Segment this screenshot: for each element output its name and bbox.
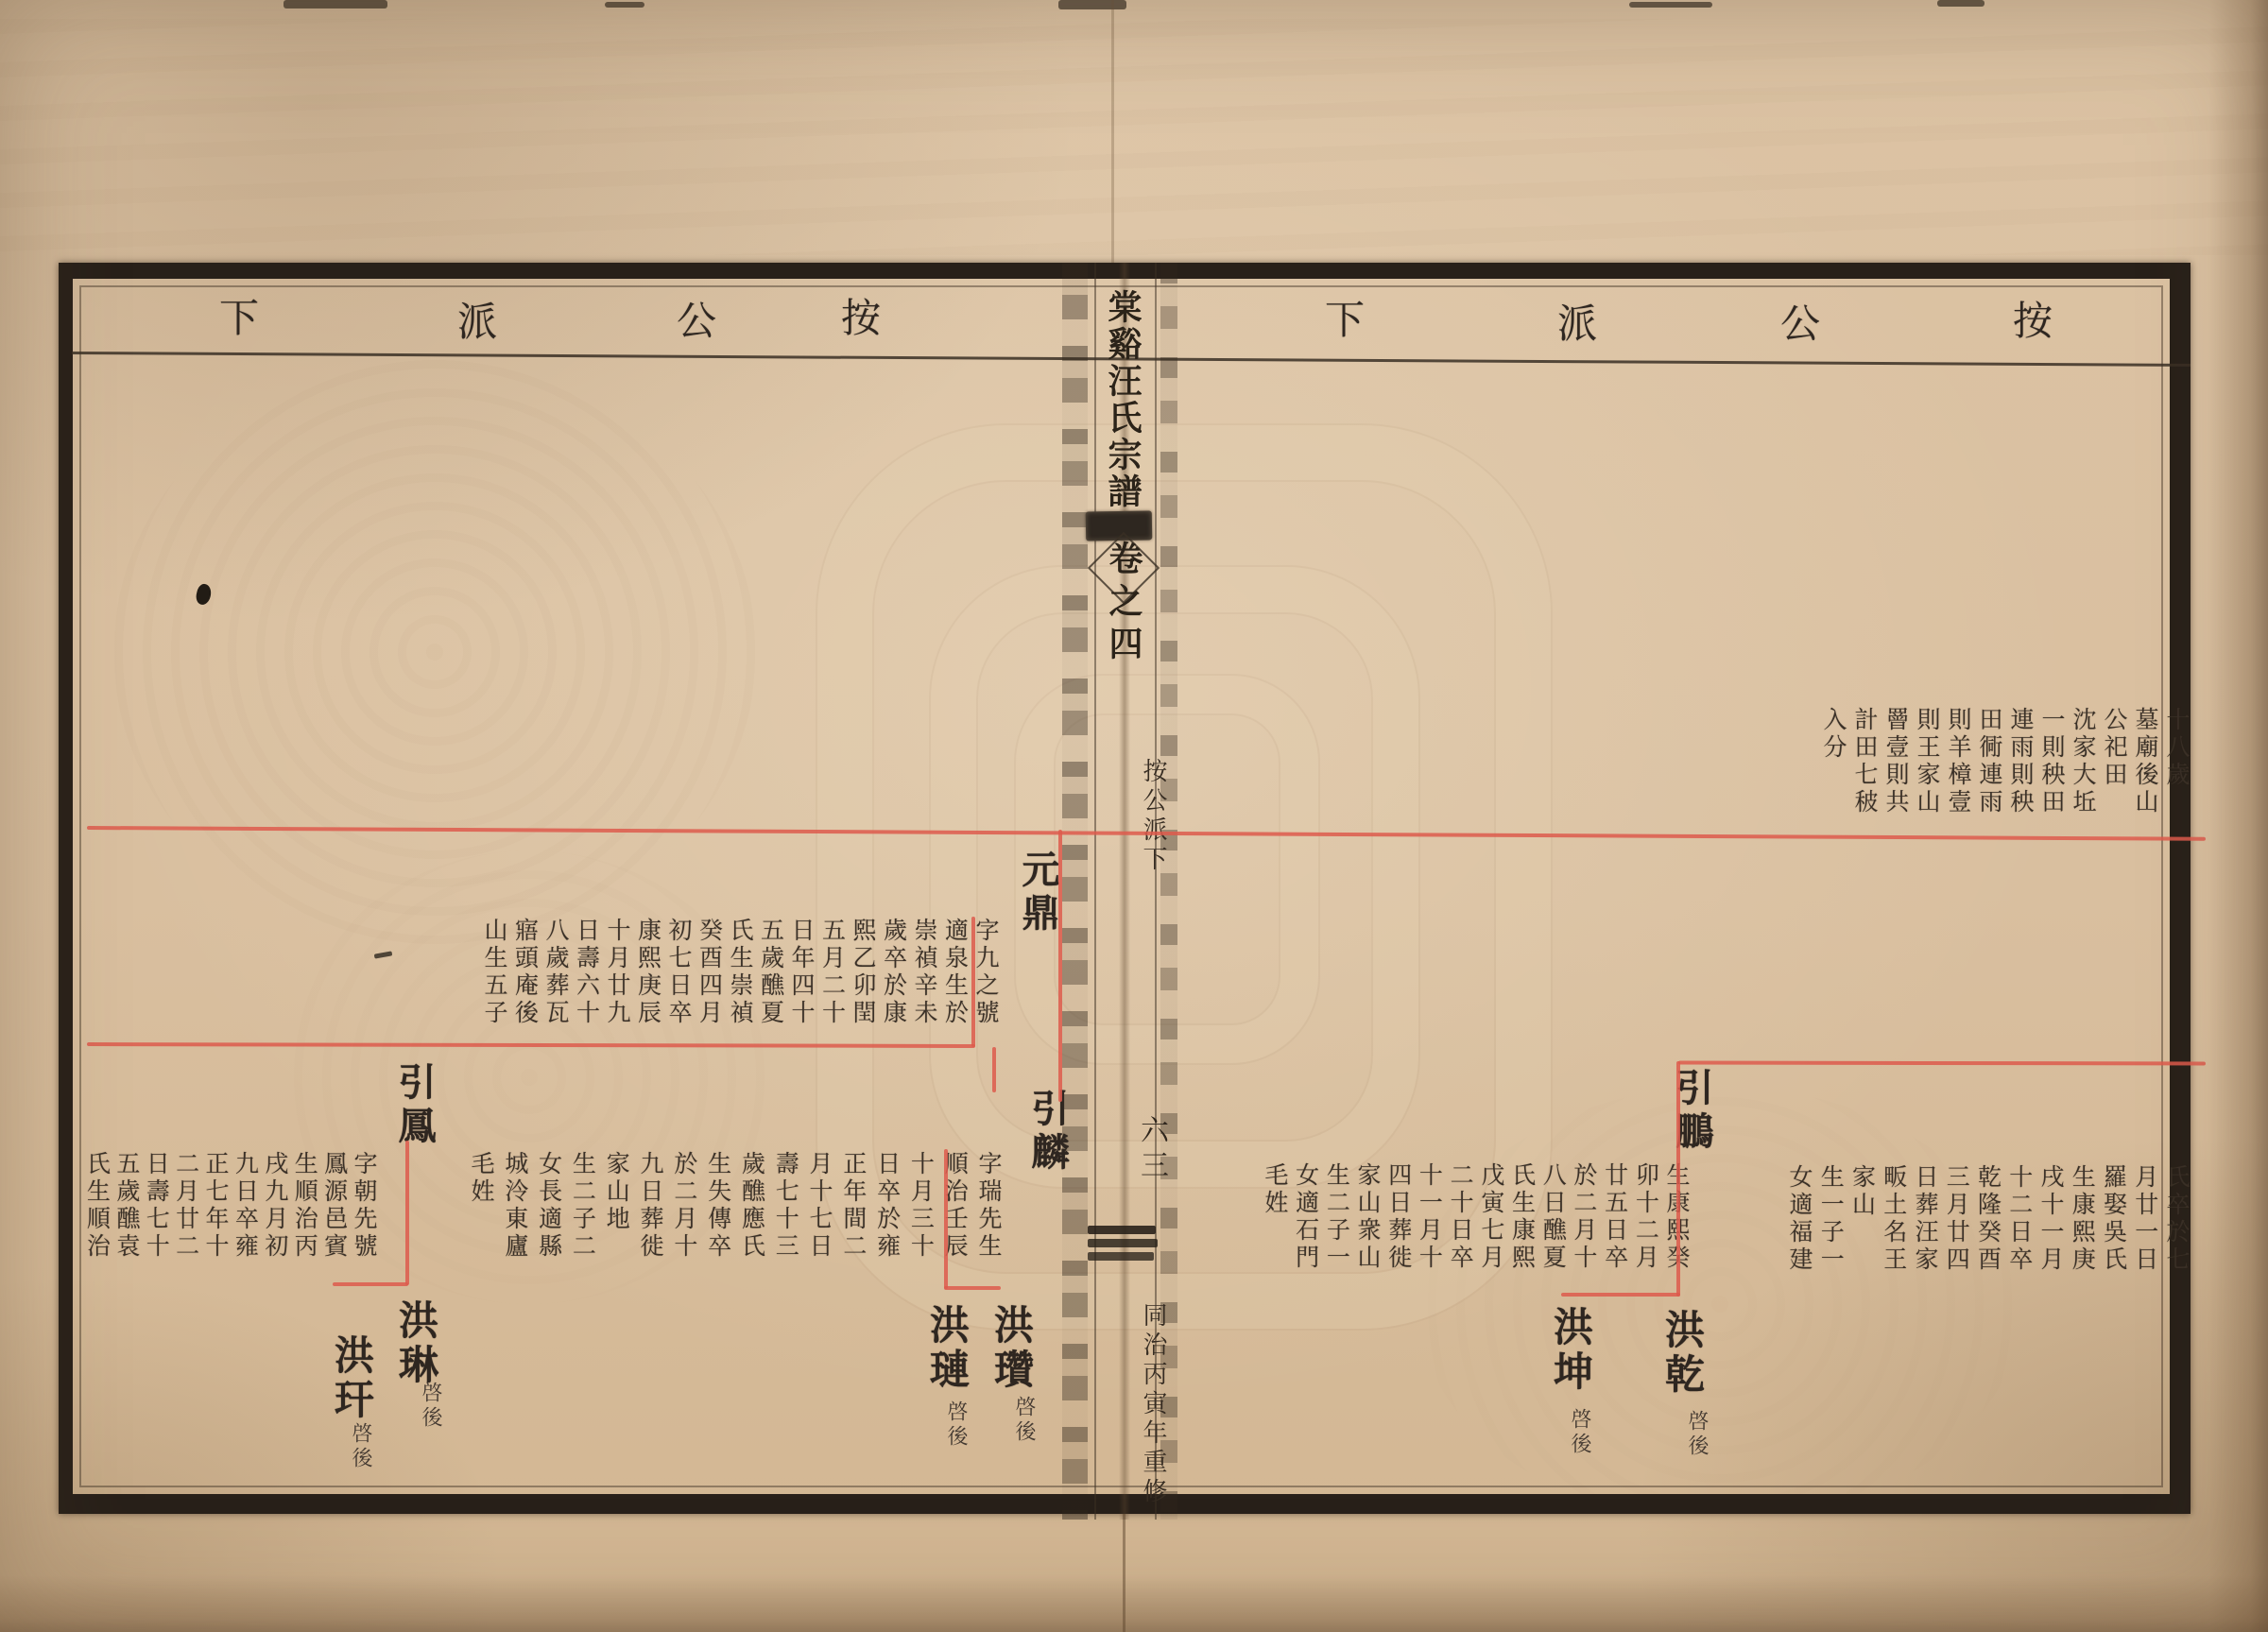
note-column: 女適福建 <box>1785 1164 1813 1274</box>
note-column: 日壽七十 <box>142 1151 170 1261</box>
entry-name: 引鳳 <box>387 1062 441 1149</box>
note-column: 女適石門 <box>1292 1162 1320 1272</box>
descendant-tag: 啓後 <box>1682 1410 1711 1459</box>
note-column: 月十七日 <box>805 1151 833 1261</box>
note-column: 五月二十 <box>818 918 847 1027</box>
note-column: 城泠東廬 <box>501 1151 529 1261</box>
note-column: 戊寅七月 <box>1477 1162 1505 1272</box>
header-char: 派 <box>1546 302 1603 342</box>
descendant-tag: 啓後 <box>346 1422 375 1471</box>
note-column: 癸酉四月 <box>696 918 724 1027</box>
entry-name: 引麟 <box>1021 1089 1074 1176</box>
note-column: 毛姓 <box>1261 1162 1289 1217</box>
spine-section-label: 按公派下 <box>1136 758 1171 875</box>
note-column: 生順治丙 <box>290 1151 318 1261</box>
header-char: 按 <box>2002 300 2058 339</box>
entry-note-block: 字九之號適泉生於崇禎辛未歲卒於康熙乙卯閏五月二十日年四十五歲醮夏氏生崇禎癸酉四月… <box>450 918 1000 1050</box>
note-column: 康熙庚辰 <box>634 918 662 1027</box>
spine-edition-note: 同治丙寅年重修 <box>1136 1302 1171 1507</box>
scan-speck <box>1058 0 1126 9</box>
note-column: 十月廿九 <box>603 918 631 1027</box>
note-column: 十一月十 <box>1415 1162 1443 1272</box>
entry-note-block: 字朝先號鳳源邑賓生順治丙戌九月初九日卒雍正七年十二月廿二日壽七十五歲醮袁氏生順治 <box>53 1151 378 1283</box>
note-column: 五歲醮袁 <box>112 1151 141 1261</box>
note-column: 適泉生於 <box>941 918 970 1027</box>
spine-volume-label: 卷之四 <box>1100 541 1148 668</box>
header-char: 下 <box>208 297 265 336</box>
descendant-tag: 啓後 <box>941 1400 971 1450</box>
scanned-genealogy-spread: 棠谿汪氏宗譜 卷之四 按公派下 六三 同治丙寅年重修 下 派 公 按 元鼎 字九… <box>0 0 2268 1632</box>
note-column: 八歲葬瓦 <box>541 918 570 1027</box>
note-column: 則羊樟壹 <box>1944 707 1972 816</box>
note-column: 氏生崇禎 <box>726 918 754 1027</box>
note-column: 於二月十 <box>1570 1162 1598 1272</box>
note-column: 字九之號 <box>971 918 1000 1027</box>
spine-fold-line <box>1123 1514 1125 1632</box>
note-column: 女長適縣 <box>535 1151 563 1261</box>
note-column: 字朝先號 <box>350 1151 378 1261</box>
note-column: 初七日卒 <box>664 918 693 1027</box>
red-bracket-vertical <box>971 917 975 1047</box>
red-bracket-vertical <box>1676 1061 1680 1297</box>
note-column: 正年間二 <box>839 1151 868 1261</box>
note-column: 於二月十 <box>670 1151 698 1261</box>
note-column: 歲卒於康 <box>880 918 908 1027</box>
note-column: 氏卒於七 <box>2162 1164 2191 1274</box>
note-column: 田衕連雨 <box>1975 707 2003 816</box>
descendant-name: 洪瓚 <box>983 1304 1039 1393</box>
note-column: 十月三十 <box>906 1151 935 1261</box>
note-column: 生康熙庚 <box>2068 1164 2096 1274</box>
descendant-name: 洪玕 <box>323 1334 380 1423</box>
note-column: 則王家山 <box>1913 707 1941 816</box>
note-column: 字瑞先生 <box>974 1151 1003 1261</box>
scan-speck <box>1937 0 1984 7</box>
note-column: 月廿一日 <box>2131 1164 2159 1274</box>
spine-fold-line <box>1111 0 1114 263</box>
note-column: 四日葬徙 <box>1384 1162 1413 1272</box>
note-column: 日年四十 <box>787 918 816 1027</box>
note-column: 計田七秛 <box>1850 707 1879 816</box>
note-column: 歲醮應氏 <box>737 1151 765 1261</box>
paper-wrinkles-top <box>0 19 2268 255</box>
note-column: 氏生順治 <box>82 1151 111 1261</box>
note-column: 家山地 <box>602 1151 630 1233</box>
note-column: 生一子一 <box>1816 1164 1845 1274</box>
note-column: 壽七十三 <box>771 1151 799 1261</box>
header-char: 派 <box>446 301 503 340</box>
note-column: 毛姓 <box>467 1151 495 1206</box>
header-char: 公 <box>1769 302 1826 342</box>
page-edge-right <box>2209 0 2268 1632</box>
note-column: 九日葬徙 <box>636 1151 664 1261</box>
descendant-name: 洪璉 <box>919 1304 975 1393</box>
spine-page-number: 六三 <box>1130 1115 1172 1185</box>
scan-speck <box>605 2 644 8</box>
note-column: 公祀田 <box>2100 707 2128 789</box>
scan-speck <box>283 0 387 9</box>
note-column: 八日醮夏 <box>1538 1162 1567 1272</box>
note-column: 三月廿四 <box>1942 1164 1970 1274</box>
descendant-name: 洪琳 <box>387 1299 444 1388</box>
red-bracket-vertical <box>944 1149 948 1289</box>
entry-note-block: 生康熙癸卯十二月廿五日卒於二月十八日醮夏氏生康熙戊寅七月二十日卒十一月十四日葬徙… <box>1229 1162 1691 1295</box>
note-column: 崇禎辛未 <box>910 918 938 1027</box>
note-column: 一則秧田 <box>2037 707 2066 816</box>
header-char: 按 <box>830 297 886 336</box>
note-column: 罾壹則共 <box>1881 707 1910 816</box>
note-column: 日葬汪家 <box>1911 1164 1939 1274</box>
note-column: 山生五子 <box>480 918 508 1027</box>
note-column: 二十日卒 <box>1446 1162 1474 1272</box>
red-bracket-horizontal <box>333 1282 408 1286</box>
red-bracket-horizontal <box>1561 1293 1680 1297</box>
note-column: 沈家大坵 <box>2069 707 2097 816</box>
note-column: 戌十一月 <box>2036 1164 2065 1274</box>
note-column: 連雨則秧 <box>2006 707 2035 816</box>
note-column: 正七年十 <box>201 1151 230 1261</box>
descendant-tag: 啓後 <box>416 1382 445 1431</box>
entry-name: 元鼎 <box>1011 850 1065 936</box>
note-column: 墓廟後山 <box>2131 707 2159 816</box>
note-column: 日卒於雍 <box>873 1151 902 1261</box>
note-column: 氏生康熙 <box>1508 1162 1537 1272</box>
note-column: 鳳源邑賓 <box>320 1151 349 1261</box>
red-bracket-vertical <box>405 1141 409 1285</box>
spine-stitch-streak <box>1062 263 1088 1520</box>
descendant-name: 洪坤 <box>1542 1306 1599 1395</box>
header-char: 公 <box>665 300 722 339</box>
note-column: 生二子一 <box>1322 1162 1350 1272</box>
note-column: 戌九月初 <box>261 1151 289 1261</box>
scan-speck <box>1629 2 1712 8</box>
entry-name: 引鵬 <box>1665 1068 1719 1155</box>
page-edge-bottom <box>0 1575 2268 1632</box>
note-column: 乾隆癸酉 <box>1974 1164 2002 1274</box>
note-column: 廿五日卒 <box>1601 1162 1629 1272</box>
note-column: 入分 <box>1819 707 1847 762</box>
descendant-tag: 啓後 <box>1565 1408 1594 1457</box>
note-column: 畈土名王 <box>1880 1164 1908 1274</box>
header-char: 下 <box>1314 299 1370 338</box>
note-column: 十八歲 <box>2162 707 2191 789</box>
note-column: 生失傳卒 <box>704 1151 732 1261</box>
note-column: 熙乙卯閏 <box>849 918 877 1027</box>
red-bracket-stub <box>992 1047 996 1092</box>
note-column: 羅娶吳氏 <box>2100 1164 2128 1274</box>
note-column: 生二子二 <box>568 1151 596 1261</box>
spine-book-title: 棠谿汪氏宗譜 <box>1099 289 1147 510</box>
red-bracket-horizontal <box>944 1286 1001 1290</box>
spine-rule-line <box>1094 263 1096 1520</box>
note-column: 日壽六十 <box>573 918 601 1027</box>
note-column: 九日卒雍 <box>231 1151 259 1261</box>
note-column: 家山 <box>1848 1164 1877 1219</box>
land-note-block: 十八歲墓廟後山公祀田沈家大坵一則秧田連雨則秧田衕連雨則羊樟壹則王家山罾壹則共計田… <box>1788 707 2191 839</box>
note-column: 卯十二月 <box>1631 1162 1659 1272</box>
note-column: 寤頭庵後 <box>511 918 540 1027</box>
entry-note-block: 字瑞先生順治壬辰十月三十日卒於雍正年間二月十七日壽七十三歲醮應氏生失傳卒於二月十… <box>434 1151 1003 1283</box>
note-column: 二月廿二 <box>172 1151 200 1261</box>
descendant-tag: 啓後 <box>1009 1396 1039 1445</box>
note-column: 五歲醮夏 <box>757 918 785 1027</box>
note-column: 家山衆山 <box>1353 1162 1382 1272</box>
carryover-note-block: 氏卒於七月廿一日羅娶吳氏生康熙庚戌十一月十二日卒乾隆癸酉三月廿四日葬汪家畈土名王… <box>1754 1164 2191 1297</box>
note-column: 十二日卒 <box>2005 1164 2034 1274</box>
red-mark-spine-vertical <box>1058 830 1062 1102</box>
descendant-name: 洪乾 <box>1654 1309 1710 1398</box>
